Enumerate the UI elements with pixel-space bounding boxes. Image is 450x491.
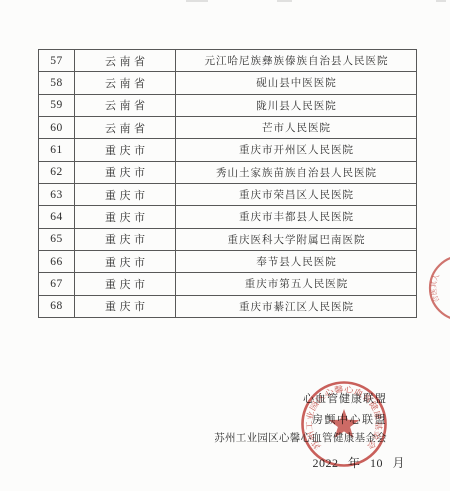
hospital-cell: 陇川县人民医院 xyxy=(176,94,417,116)
hospital-table: 57 云南省 元江哈尼族彝族傣族自治县人民医院 58 云南省 砚山县中医医院 5… xyxy=(38,49,417,318)
table-row: 63 重庆市 重庆市荣昌区人民医院 xyxy=(39,183,417,205)
table-row: 59 云南省 陇川县人民医院 xyxy=(39,94,417,116)
hospital-cell: 奉节县人民医院 xyxy=(176,250,417,272)
row-number: 67 xyxy=(39,273,75,295)
province-cell: 重庆市 xyxy=(75,161,176,183)
province-cell: 重庆市 xyxy=(75,183,176,205)
partial-seal-ring xyxy=(430,256,450,320)
hospital-cell: 重庆市荣昌区人民医院 xyxy=(176,183,417,205)
table-row: 68 重庆市 重庆市綦江区人民医院 xyxy=(39,295,417,317)
hospital-cell: 重庆市綦江区人民医院 xyxy=(176,295,417,317)
hospital-cell: 砚山县中医医院 xyxy=(176,72,417,94)
table-row: 62 重庆市 秀山土家族苗族自治县人民医院 xyxy=(39,161,417,183)
row-number: 62 xyxy=(39,161,75,183)
table-row: 66 重庆市 奉节县人民医院 xyxy=(39,250,417,272)
province-cell: 云南省 xyxy=(75,50,176,72)
hospital-cell: 重庆市第五人民医院 xyxy=(176,273,417,295)
hospital-cell: 芒市人民医院 xyxy=(176,116,417,138)
row-number: 61 xyxy=(39,139,75,161)
province-cell: 重庆市 xyxy=(75,273,176,295)
hospital-cell: 重庆市丰都县人民医院 xyxy=(176,206,417,228)
table-row: 57 云南省 元江哈尼族彝族傣族自治县人民医院 xyxy=(39,50,417,72)
hospital-cell: 秀山土家族苗族自治县人民医院 xyxy=(176,161,417,183)
row-number: 68 xyxy=(39,295,75,317)
province-cell: 云南省 xyxy=(75,72,176,94)
row-number: 65 xyxy=(39,228,75,250)
province-cell: 重庆市 xyxy=(75,228,176,250)
hospital-cell: 重庆市开州区人民医院 xyxy=(176,139,417,161)
signature-org-alliance-1: 心血管健康联盟 xyxy=(303,390,387,406)
signature-date: 2022 年 10 月 xyxy=(312,454,405,471)
table-row: 64 重庆市 重庆市丰都县人民医院 xyxy=(39,206,417,228)
partial-seal-graphic: 合医其人 xyxy=(425,251,450,331)
province-cell: 云南省 xyxy=(75,94,176,116)
scan-artifact xyxy=(436,0,446,2)
partial-seal-text: 合医其人 xyxy=(429,272,441,303)
hospital-cell: 元江哈尼族彝族傣族自治县人民医院 xyxy=(176,50,417,72)
signature-org-foundation: 苏州工业园区心馨心血管健康基金会 xyxy=(214,430,387,445)
partial-seal: 合医其人 xyxy=(425,251,450,331)
province-cell: 云南省 xyxy=(75,116,176,138)
row-number: 58 xyxy=(39,72,75,94)
row-number: 63 xyxy=(39,183,75,205)
row-number: 57 xyxy=(39,50,75,72)
province-cell: 重庆市 xyxy=(75,139,176,161)
row-number: 66 xyxy=(39,250,75,272)
table-row: 61 重庆市 重庆市开州区人民医院 xyxy=(39,139,417,161)
document-page: 57 云南省 元江哈尼族彝族傣族自治县人民医院 58 云南省 砚山县中医医院 5… xyxy=(0,0,450,491)
province-cell: 重庆市 xyxy=(75,295,176,317)
row-number: 59 xyxy=(39,94,75,116)
scan-artifact xyxy=(277,0,292,2)
table-row: 67 重庆市 重庆市第五人民医院 xyxy=(39,273,417,295)
row-number: 60 xyxy=(39,116,75,138)
table-row: 60 云南省 芒市人民医院 xyxy=(39,116,417,138)
scan-artifact xyxy=(186,0,208,2)
table-row: 65 重庆市 重庆医科大学附属巴南医院 xyxy=(39,228,417,250)
province-cell: 重庆市 xyxy=(75,250,176,272)
hospital-table-body: 57 云南省 元江哈尼族彝族傣族自治县人民医院 58 云南省 砚山县中医医院 5… xyxy=(39,50,417,318)
row-number: 64 xyxy=(39,206,75,228)
signature-org-alliance-2: 房颤中心联盟 xyxy=(312,411,387,427)
hospital-cell: 重庆医科大学附属巴南医院 xyxy=(176,228,417,250)
province-cell: 重庆市 xyxy=(75,206,176,228)
table-row: 58 云南省 砚山县中医医院 xyxy=(39,72,417,94)
